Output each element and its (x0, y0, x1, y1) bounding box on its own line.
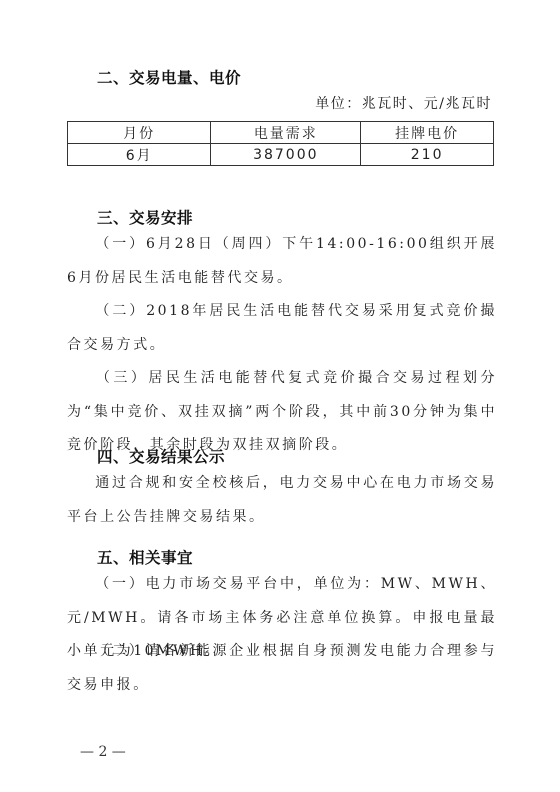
table-cell-demand: 387000 (211, 144, 361, 166)
table-header-demand: 电量需求 (211, 122, 361, 144)
page-number: — 2 — (80, 744, 126, 760)
table-header-month: 月份 (68, 122, 211, 144)
section-heading-trade-arrangement: 三、交易安排 (97, 206, 193, 228)
table-header-row: 月份 电量需求 挂牌电价 (68, 122, 494, 144)
section-heading-related-matters: 五、相关事宜 (97, 546, 193, 568)
paragraph-text: 通过合规和安全校核后，电力交易中心在电力市场交易平台上公告挂牌交易结果。 (67, 475, 497, 525)
paragraph-arrangement-2: （二）2018年居民生活电能替代交易采用复式竞价撮合交易方式。 (67, 295, 497, 362)
paragraph-text: （二）请各新能源企业根据自身预测发电能力合理参与交易申报。 (67, 643, 497, 693)
section-heading-trade-volume-price: 二、交易电量、电价 (97, 66, 241, 88)
trade-table: 月份 电量需求 挂牌电价 6月 387000 210 (67, 121, 494, 166)
paragraph-arrangement-1: （一）6月28日（周四）下午14:00-16:00组织开展6月份居民生活电能替代… (67, 228, 497, 295)
table-header-price: 挂牌电价 (361, 122, 494, 144)
paragraph-related-2: （二）请各新能源企业根据自身预测发电能力合理参与交易申报。 (67, 635, 497, 702)
paragraph-result: 通过合规和安全校核后，电力交易中心在电力市场交易平台上公告挂牌交易结果。 (67, 467, 497, 534)
unit-note: 单位：兆瓦时、元/兆瓦时 (315, 93, 492, 113)
document-page: 二、交易电量、电价 单位：兆瓦时、元/兆瓦时 月份 电量需求 挂牌电价 6月 3… (0, 0, 560, 792)
paragraph-text: （二）2018年居民生活电能替代交易采用复式竞价撮合交易方式。 (67, 303, 497, 353)
table-cell-month: 6月 (68, 144, 211, 166)
section-heading-result-announcement: 四、交易结果公示 (97, 445, 225, 467)
paragraph-text: （一）6月28日（周四）下午14:00-16:00组织开展6月份居民生活电能替代… (67, 236, 497, 286)
table-cell-price: 210 (361, 144, 494, 166)
table-row: 6月 387000 210 (68, 144, 494, 166)
paragraph-text: （三）居民生活电能替代复式竞价撮合交易过程划分为“集中竞价、双挂双摘”两个阶段，… (67, 370, 497, 453)
